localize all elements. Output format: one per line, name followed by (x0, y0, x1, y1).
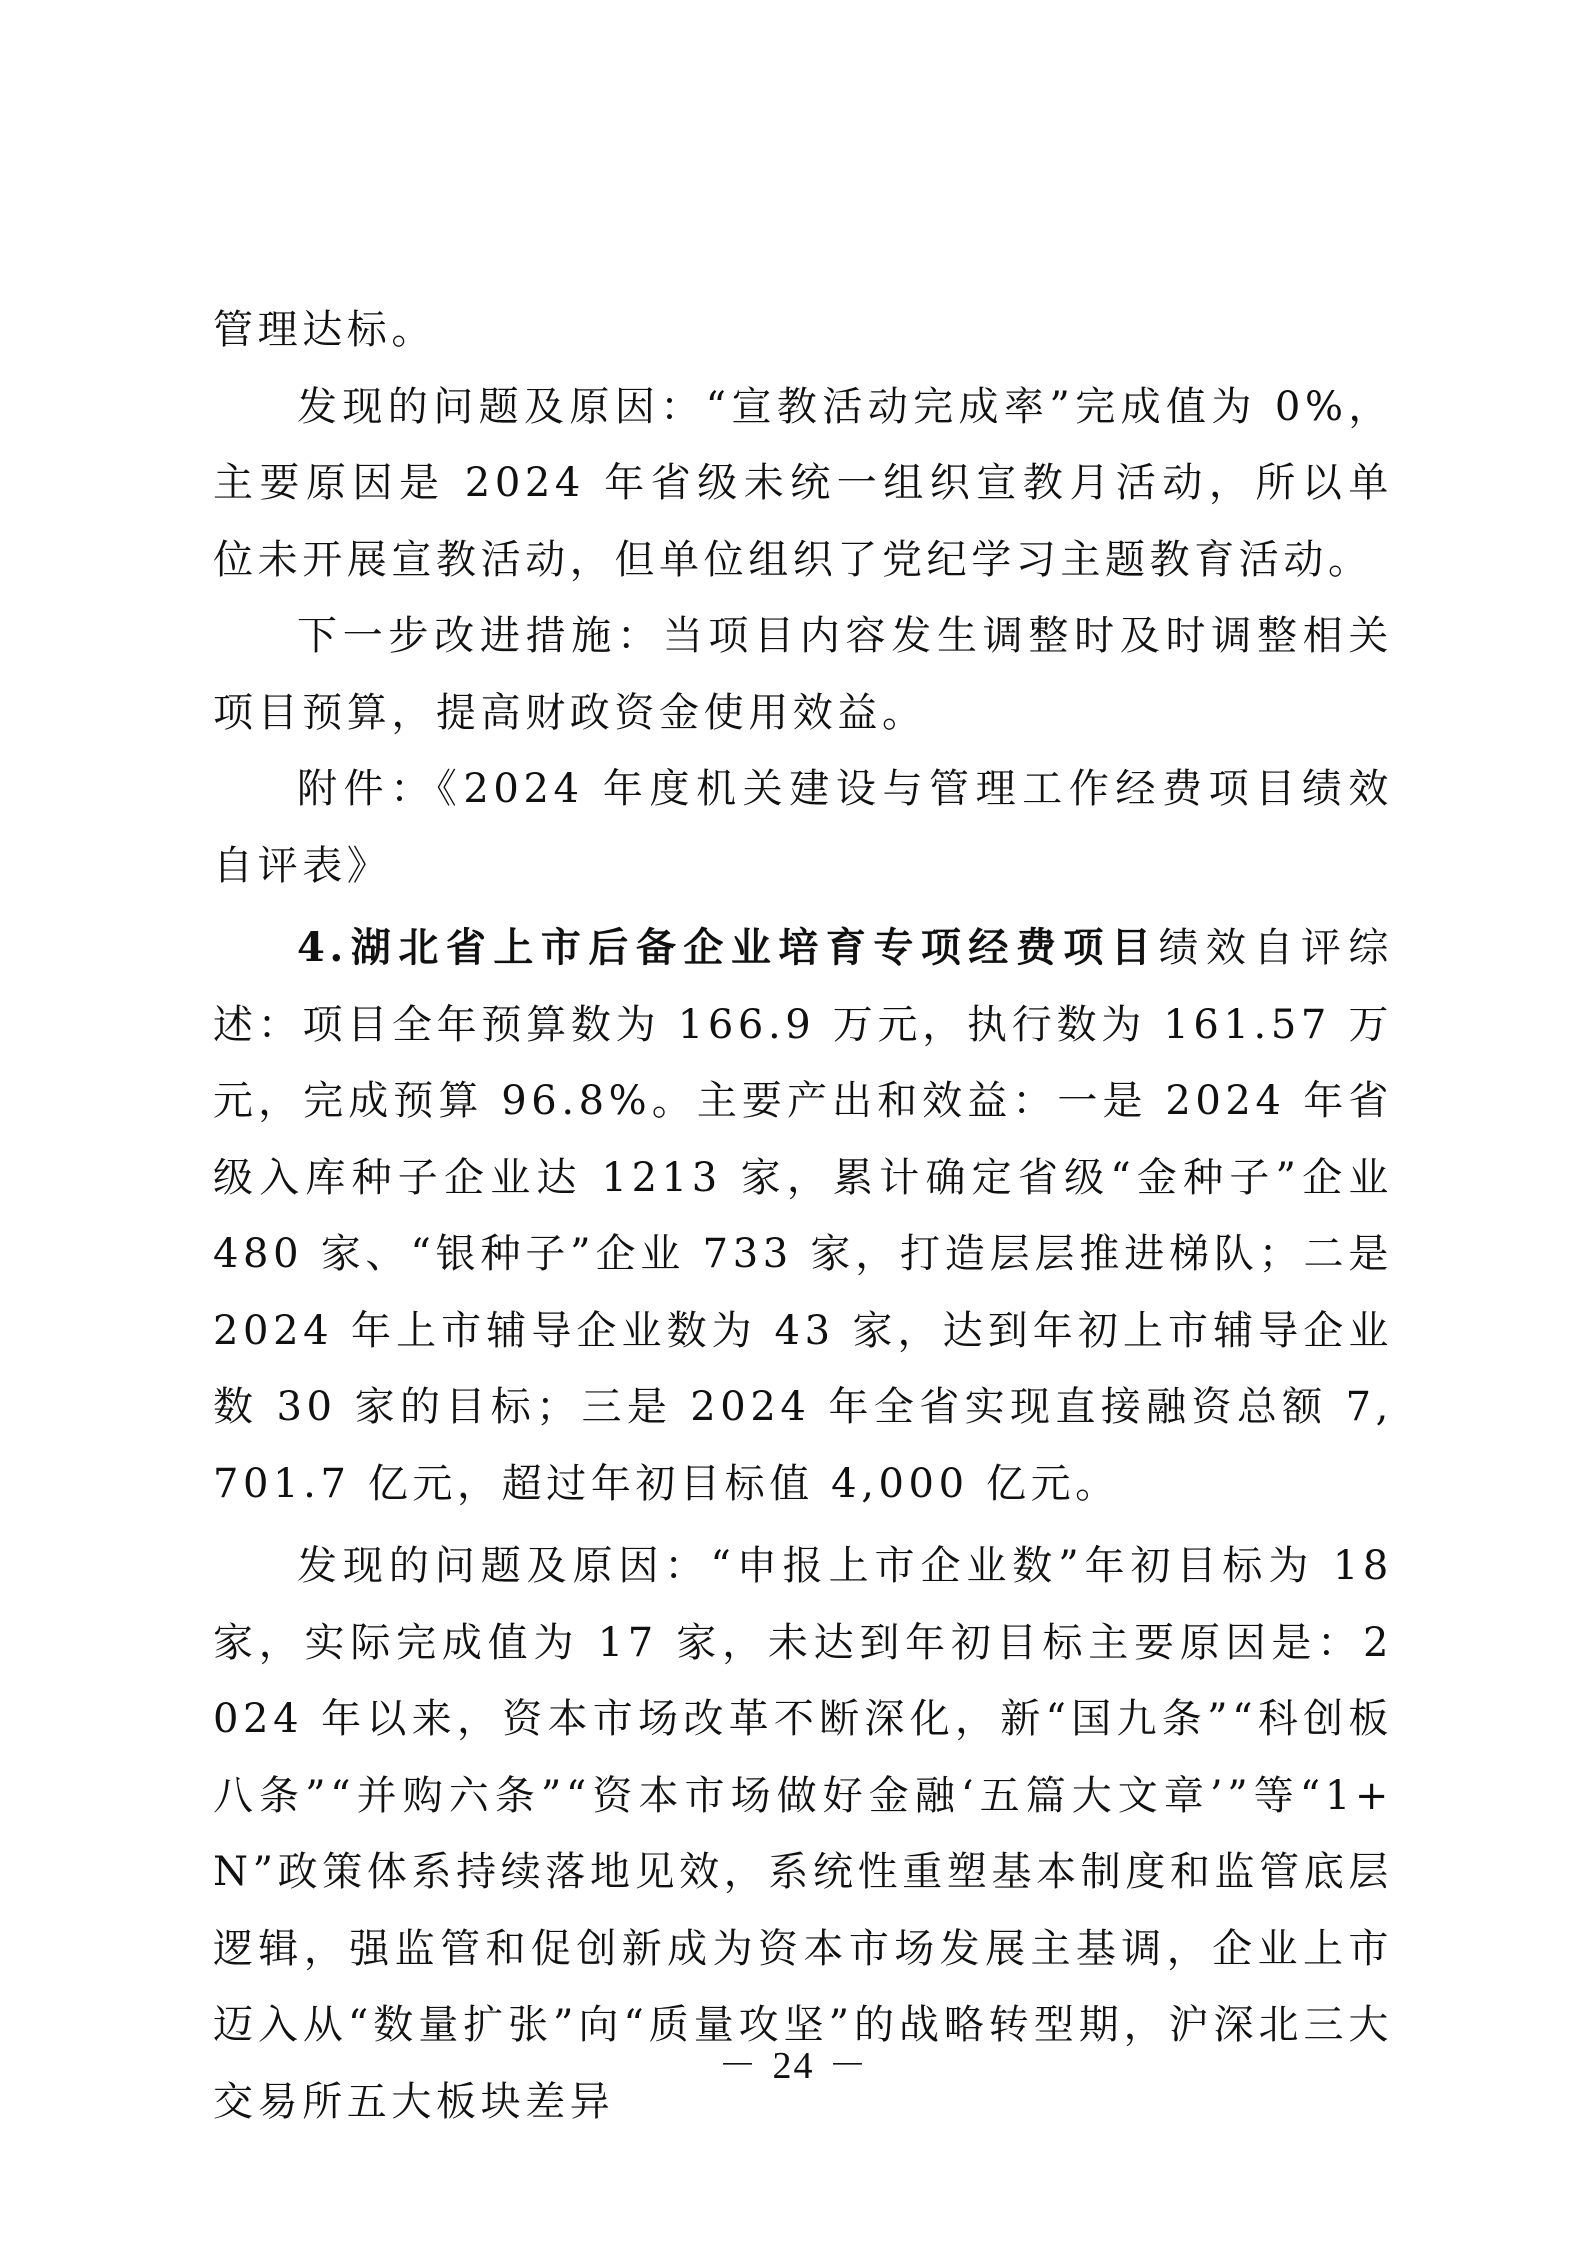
page-number: －24－ (0, 2034, 1587, 2089)
project-4-summary-text: 绩效自评综述：项目全年预算数为 166.9 万元，执行数为 161.57 万元，… (213, 925, 1393, 1507)
page-number-dash-right: － (829, 2034, 869, 2089)
paragraph-project-4-summary: 4.湖北省上市后备企业培育专项经费项目绩效自评综述：项目全年预算数为 166.9… (213, 910, 1393, 1522)
page-number-value: 24 (773, 2045, 815, 2087)
page-number-dash-left: － (718, 2034, 758, 2089)
document-page: 管理达标。 发现的问题及原因：“宣教活动完成率”完成值为 0%，主要原因是 20… (0, 0, 1587, 2245)
paragraph-problems-and-causes: 发现的问题及原因：“宣教活动完成率”完成值为 0%，主要原因是 2024 年省级… (213, 369, 1393, 599)
section-heading-project-4: 4.湖北省上市后备企业培育专项经费项目 (297, 924, 1158, 971)
paragraph-attachment: 附件：《2024 年度机关建设与管理工作经费项目绩效自评表》 (213, 751, 1393, 904)
paragraph-improvement-measures: 下一步改进措施：当项目内容发生调整时及时调整相关项目预算，提高财政资金使用效益。 (213, 598, 1393, 751)
paragraph-continuation: 管理达标。 (213, 292, 1393, 369)
document-body: 管理达标。 发现的问题及原因：“宣教活动完成率”完成值为 0%，主要原因是 20… (213, 292, 1393, 2140)
